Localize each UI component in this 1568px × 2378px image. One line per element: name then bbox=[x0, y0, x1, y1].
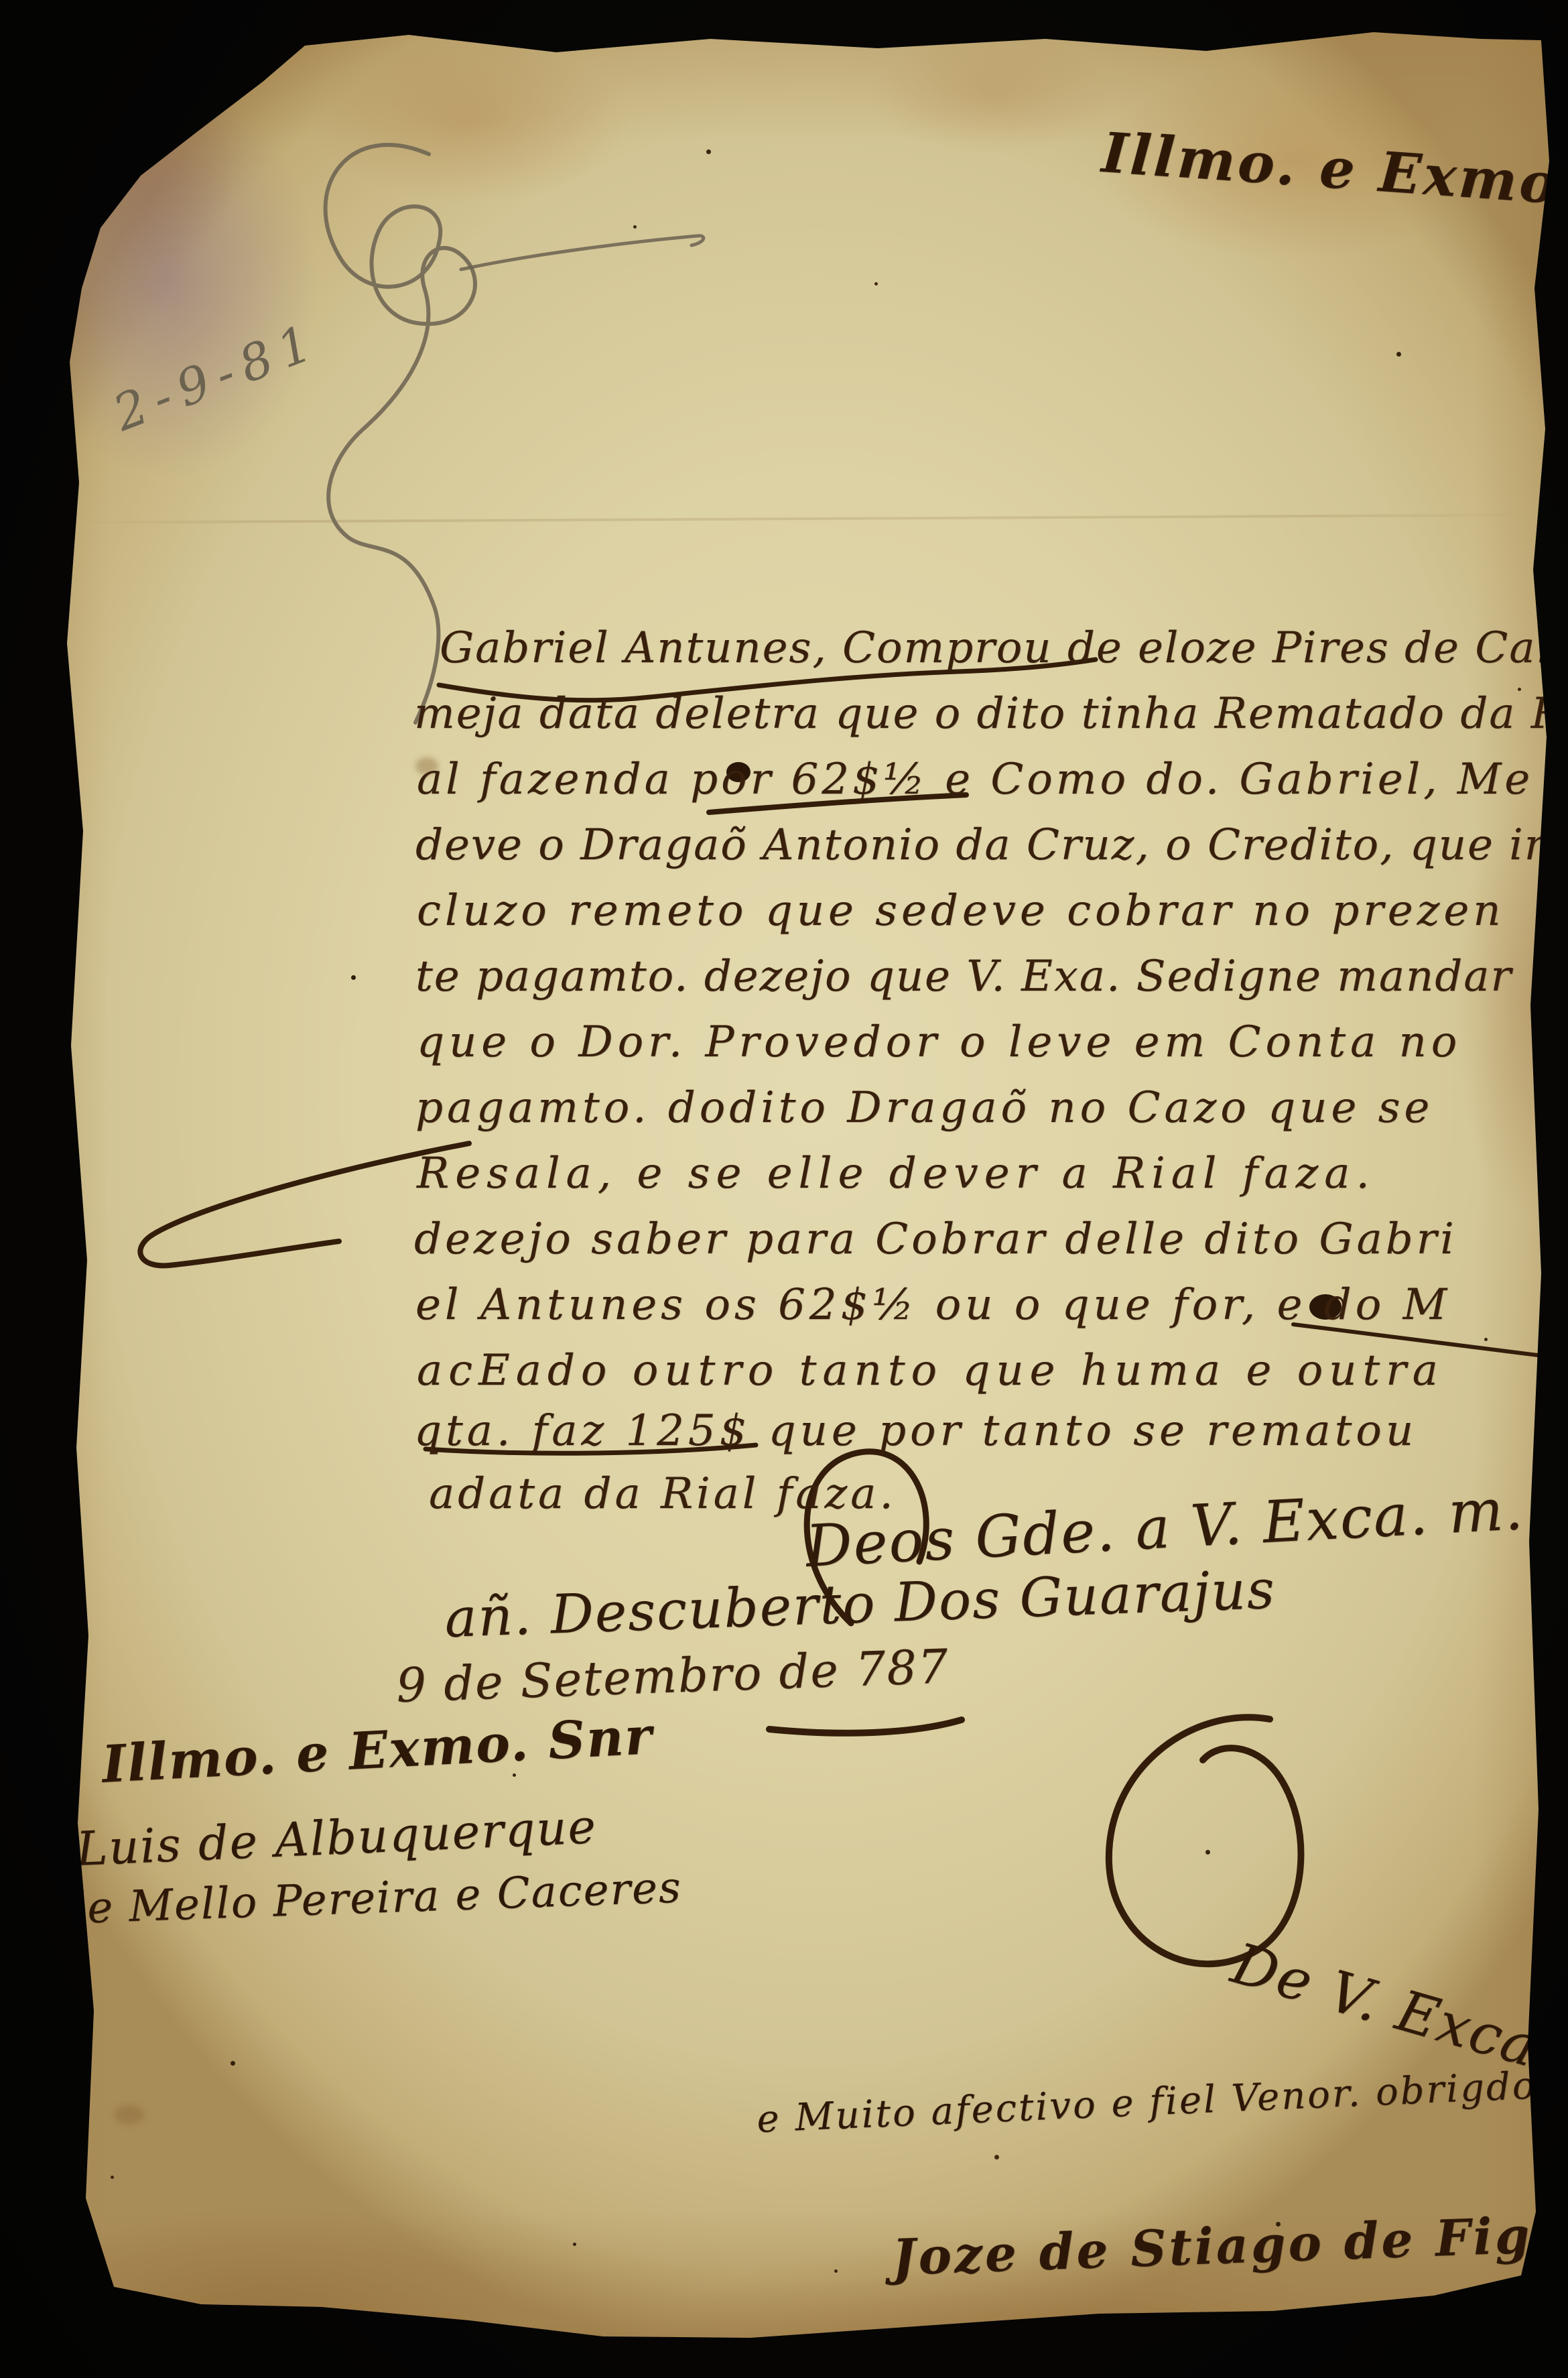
body-line: deve o Dragaõ Antonio da Cruz, o Credito… bbox=[415, 820, 1566, 870]
manuscript-page: 2-9-81 Illmo. e Exmo. Snr Gabriel Antune… bbox=[0, 0, 1568, 2378]
body-line: Gabriel Antunes, Comprou de eloze Pires … bbox=[440, 623, 1568, 673]
body-line: el Antunes os 62$½ ou o que for, e do M bbox=[415, 1280, 1451, 1330]
body-line: que o Dor. Provedor o leve em Conta no bbox=[417, 1017, 1461, 1067]
body-line: al fazenda por 62$½ e Como do. Gabriel, … bbox=[417, 755, 1533, 804]
body-line: pagamto. dodito Dragaõ no Cazo que se bbox=[415, 1083, 1433, 1133]
body-line: Resala, e se elle dever a Rial faza. bbox=[417, 1149, 1376, 1198]
body-line: cluzo remeto que sedeve cobrar no prezen bbox=[417, 886, 1504, 936]
body-line: dezejo saber para Cobrar delle dito Gabr… bbox=[414, 1214, 1457, 1264]
body-line: te pagamto. dezejo que V. Exa. Sedigne m… bbox=[415, 952, 1512, 1001]
body-line: adata da Rial faza. bbox=[429, 1469, 897, 1519]
body-line: acEado outro tanto que huma e outra bbox=[417, 1346, 1444, 1395]
body-line: qta. faz 125$ que por tanto se rematou bbox=[414, 1406, 1417, 1456]
body-line: meja data deletra que o dito tinha Remat… bbox=[414, 689, 1568, 739]
photograph-background: 2-9-81 Illmo. e Exmo. Snr Gabriel Antune… bbox=[0, 0, 1568, 2378]
